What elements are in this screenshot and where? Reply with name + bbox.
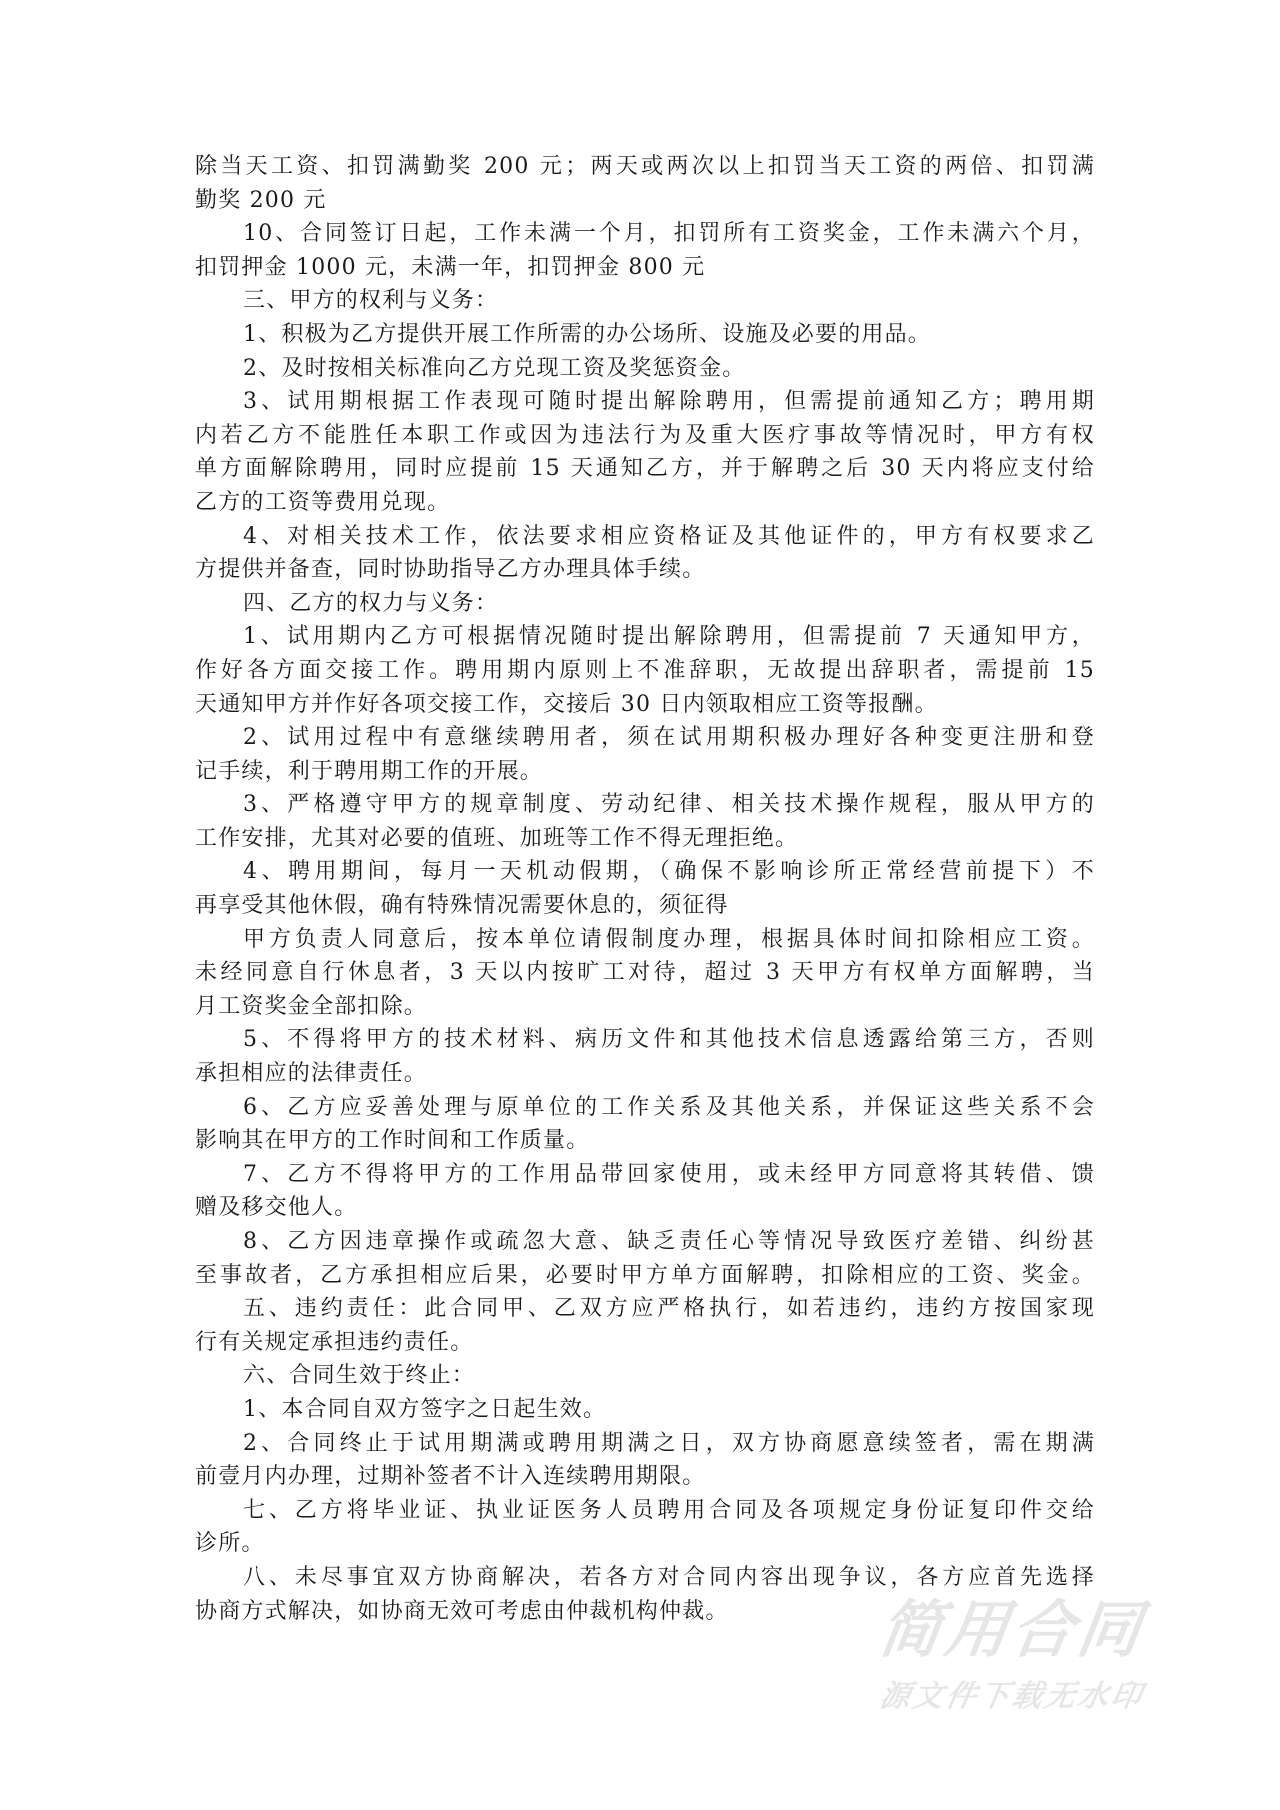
text-line: 5、不得将甲方的技术材料、病历文件和其他技术信息透露给第三方，否则 [195, 1023, 1095, 1057]
text-line: 8、乙方因违章操作或疏忽大意、缺乏责任心等情况导致医疗差错、纠纷甚 [195, 1225, 1095, 1259]
watermark-subtitle: 源文件下载无水印 [877, 1680, 1213, 1714]
text-line: 承担相应的法律责任。 [195, 1057, 1095, 1091]
text-line: 五、违约责任：此合同甲、乙双方应严格执行，如若违约，违约方按国家现 [195, 1292, 1095, 1326]
text-line: 1、本合同自双方签字之日起生效。 [195, 1393, 1095, 1427]
contract-body: 除当天工资、扣罚满勤奖 200 元；两天或两次以上扣罚当天工资的两倍、扣罚满勤奖… [195, 150, 1095, 1628]
text-line: 7、乙方不得将甲方的工作用品带回家使用，或未经甲方同意将其转借、馈 [195, 1158, 1095, 1192]
text-line: 再享受其他休假，确有特殊情况需要休息的，须征得 [195, 889, 1095, 923]
text-line: 影响其在甲方的工作时间和工作质量。 [195, 1124, 1095, 1158]
text-line: 2、合同终止于试用期满或聘用期满之日，双方协商愿意续签者，需在期满 [195, 1427, 1095, 1461]
text-line: 三、甲方的权利与义务： [195, 284, 1095, 318]
text-line: 乙方的工资等费用兑现。 [195, 486, 1095, 520]
text-line: 记手续，利于聘用期工作的开展。 [195, 755, 1095, 789]
text-line: 行有关规定承担违约责任。 [195, 1326, 1095, 1360]
text-line: 工作安排，尤其对必要的值班、加班等工作不得无理拒绝。 [195, 822, 1095, 856]
text-line: 2、试用过程中有意继续聘用者，须在试用期积极办理好各种变更注册和登 [195, 721, 1095, 755]
text-line: 未经同意自行休息者，3 天以内按旷工对待，超过 3 天甲方有权单方面解聘，当 [195, 956, 1095, 990]
text-line: 10、合同签订日起，工作未满一个月，扣罚所有工资奖金，工作未满六个月， [195, 217, 1095, 251]
text-line: 内若乙方不能胜任本职工作或因为违法行为及重大医疗事故等情况时，甲方有权 [195, 419, 1095, 453]
text-line: 六、合同生效于终止： [195, 1359, 1095, 1393]
text-line: 扣罚押金 1000 元，未满一年，扣罚押金 800 元 [195, 251, 1095, 285]
text-line: 甲方负责人同意后，按本单位请假制度办理，根据具体时间扣除相应工资。 [195, 923, 1095, 957]
text-line: 1、试用期内乙方可根据情况随时提出解除聘用，但需提前 7 天通知甲方， [195, 620, 1095, 654]
text-line: 月工资奖金全部扣除。 [195, 990, 1095, 1024]
text-line: 除当天工资、扣罚满勤奖 200 元；两天或两次以上扣罚当天工资的两倍、扣罚满 [195, 150, 1095, 184]
text-line: 前壹月内办理，过期补签者不计入连续聘用期限。 [195, 1460, 1095, 1494]
text-line: 七、乙方将毕业证、执业证医务人员聘用合同及各项规定身份证复印件交给 [195, 1494, 1095, 1528]
text-line: 作好各方面交接工作。聘用期内原则上不准辞职，无故提出辞职者，需提前 15 [195, 654, 1095, 688]
text-line: 单方面解除聘用，同时应提前 15 天通知乙方，并于解聘之后 30 天内将应支付给 [195, 452, 1095, 486]
text-line: 赠及移交他人。 [195, 1191, 1095, 1225]
text-line: 3、严格遵守甲方的规章制度、劳动纪律、相关技术操作规程，服从甲方的 [195, 788, 1095, 822]
text-line: 诊所。 [195, 1527, 1095, 1561]
text-line: 方提供并备查，同时协助指导乙方办理具体手续。 [195, 553, 1095, 587]
text-line: 4、对相关技术工作，依法要求相应资格证及其他证件的，甲方有权要求乙 [195, 520, 1095, 554]
text-line: 3、试用期根据工作表现可随时提出解除聘用，但需提前通知乙方；聘用期 [195, 385, 1095, 419]
text-line: 四、乙方的权力与义务： [195, 587, 1095, 621]
text-line: 至事故者，乙方承担相应后果，必要时甲方单方面解聘，扣除相应的工资、奖金。 [195, 1259, 1095, 1293]
text-line: 6、乙方应妥善处理与原单位的工作关系及其他关系，并保证这些关系不会 [195, 1091, 1095, 1125]
text-line: 1、积极为乙方提供开展工作所需的办公场所、设施及必要的用品。 [195, 318, 1095, 352]
text-line: 勤奖 200 元 [195, 184, 1095, 218]
text-line: 协商方式解决，如协商无效可考虑由仲裁机构仲裁。 [195, 1595, 1095, 1629]
document-page: 除当天工资、扣罚满勤奖 200 元；两天或两次以上扣罚当天工资的两倍、扣罚满勤奖… [0, 0, 1280, 1810]
text-line: 天通知甲方并作好各项交接工作，交接后 30 日内领取相应工资等报酬。 [195, 688, 1095, 722]
text-line: 4、聘用期间，每月一天机动假期，（确保不影响诊所正常经营前提下）不 [195, 855, 1095, 889]
text-line: 2、及时按相关标准向乙方兑现工资及奖惩资金。 [195, 352, 1095, 386]
text-line: 八、未尽事宜双方协商解决，若各方对合同内容出现争议，各方应首先选择 [195, 1561, 1095, 1595]
